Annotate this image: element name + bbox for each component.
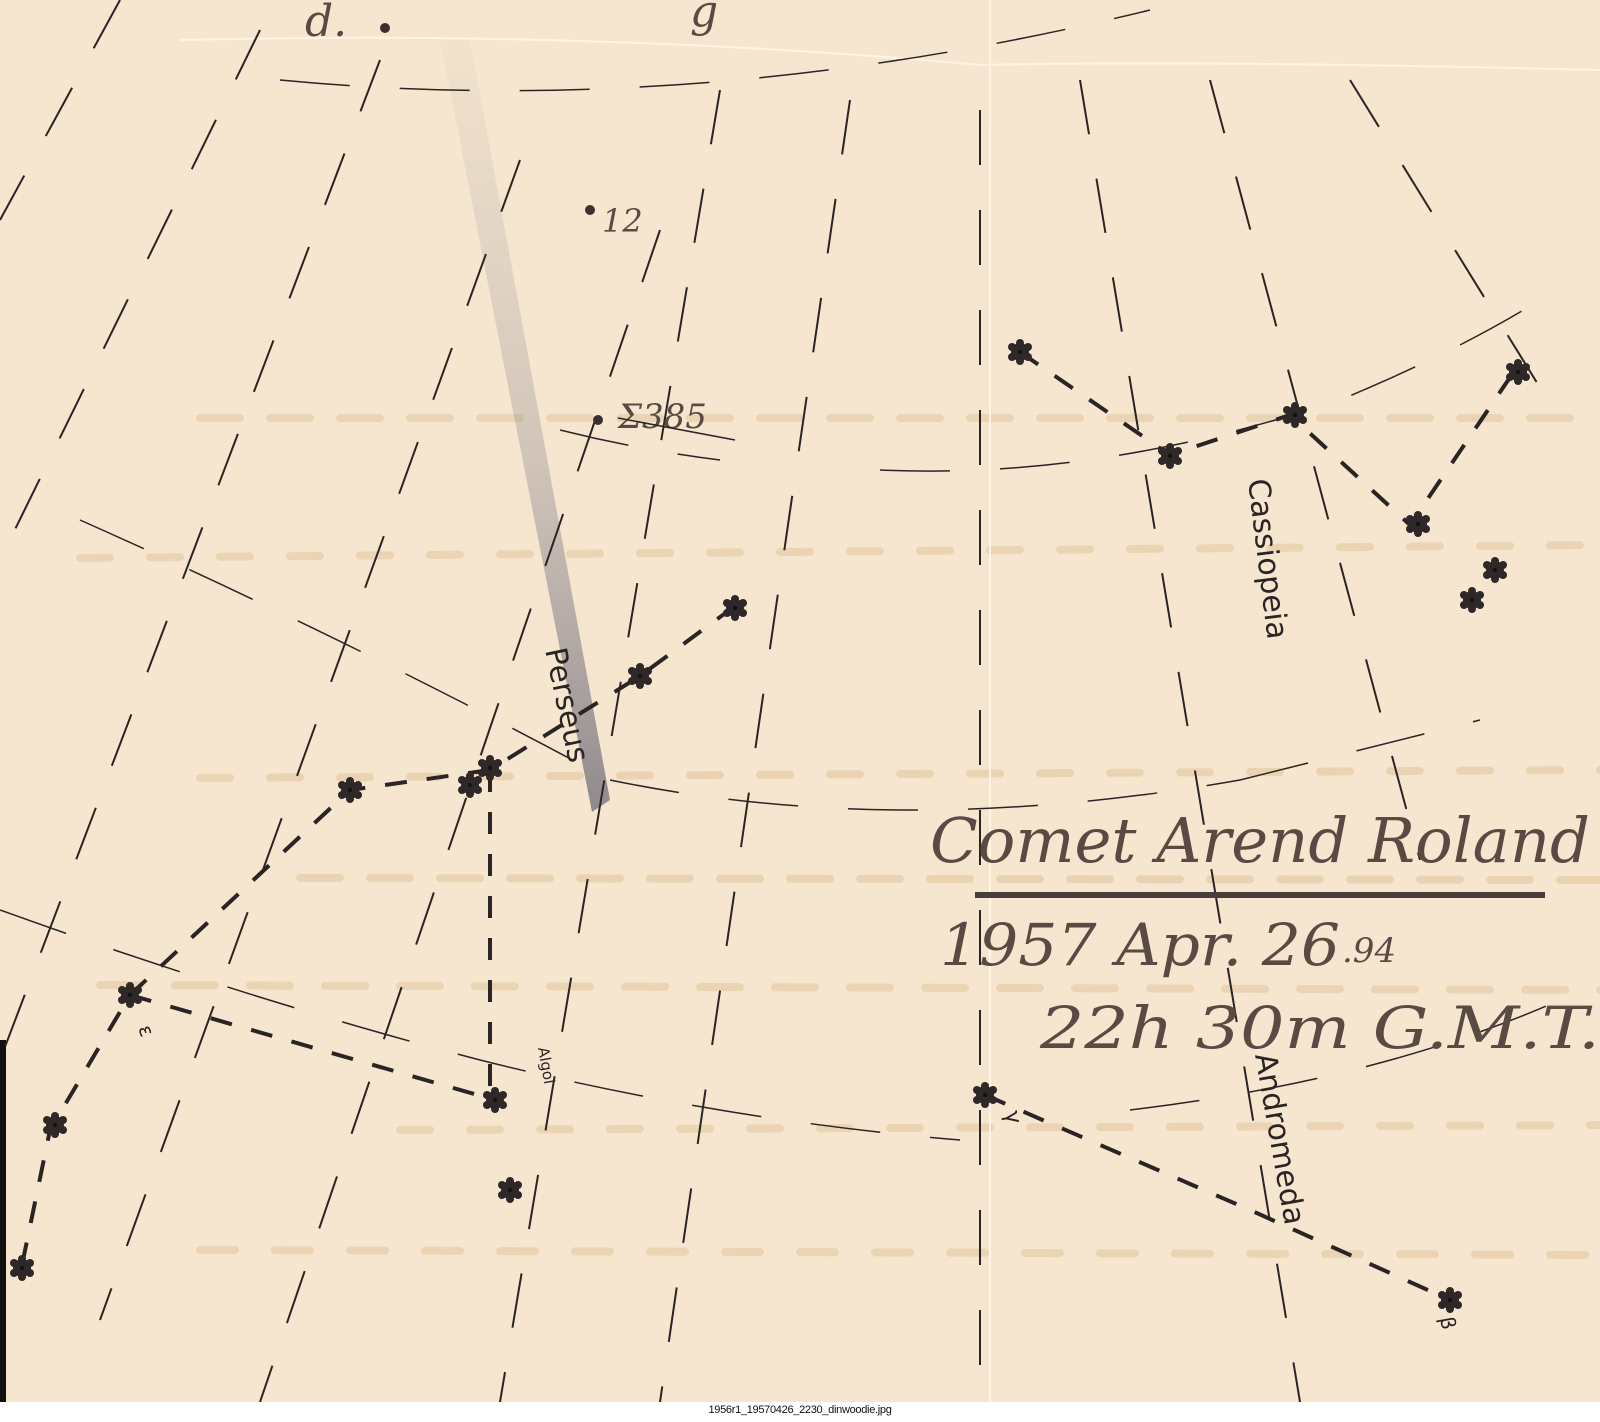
star-icon	[1283, 402, 1307, 428]
label-epsilon: ε	[133, 1022, 159, 1040]
label-sigma-385: Σ385	[616, 397, 707, 437]
constellation-labels: Perseus Cassiopeia Andromeda Algol ε γ β	[133, 477, 1461, 1332]
star-icon	[723, 595, 747, 621]
observation-time: 22h 30m G.M.T.	[1039, 994, 1600, 1062]
star-icon	[1008, 339, 1032, 365]
title-block: Comet Arend Roland 1957 Apr. 26 .94 22h …	[930, 804, 1600, 1062]
star-icon	[498, 1177, 522, 1203]
star-icon	[10, 1255, 34, 1281]
star-12-dot	[585, 205, 595, 215]
label-algol: Algol	[534, 1046, 558, 1086]
top-annotation-left: d.	[305, 0, 347, 47]
star-beta-icon	[1438, 1287, 1462, 1313]
star-icon	[628, 663, 652, 689]
observation-date: 1957 Apr. 26	[940, 911, 1340, 979]
star-gamma-icon	[973, 1082, 997, 1108]
image-caption: 1956r1_19570426_2230_dinwoodie.jpg	[0, 1404, 1600, 1416]
label-star-12: 12	[602, 202, 643, 240]
comet-tail	[440, 40, 610, 812]
star-icon	[1460, 587, 1484, 613]
label-andromeda: Andromeda	[1247, 1050, 1312, 1227]
label-gamma: γ	[999, 1109, 1026, 1126]
chart-title: Comet Arend Roland	[930, 804, 1590, 877]
label-beta: β	[1435, 1315, 1461, 1332]
star-algol-icon	[483, 1087, 507, 1113]
top-annotation-right: g	[690, 0, 718, 37]
star-icon	[1483, 557, 1507, 583]
star-icon	[1406, 511, 1430, 537]
fold-crease	[180, 0, 1600, 1402]
label-cassiopeia: Cassiopeia	[1240, 477, 1294, 642]
chart-canvas: Perseus Cassiopeia Andromeda Algol ε γ β…	[0, 0, 1600, 1402]
star-sigma385-dot	[593, 415, 603, 425]
top-dot	[380, 23, 390, 33]
ra-grid-lines	[0, 0, 1560, 1402]
observation-date-fraction: .94	[1342, 931, 1396, 971]
star-icon	[43, 1112, 67, 1138]
